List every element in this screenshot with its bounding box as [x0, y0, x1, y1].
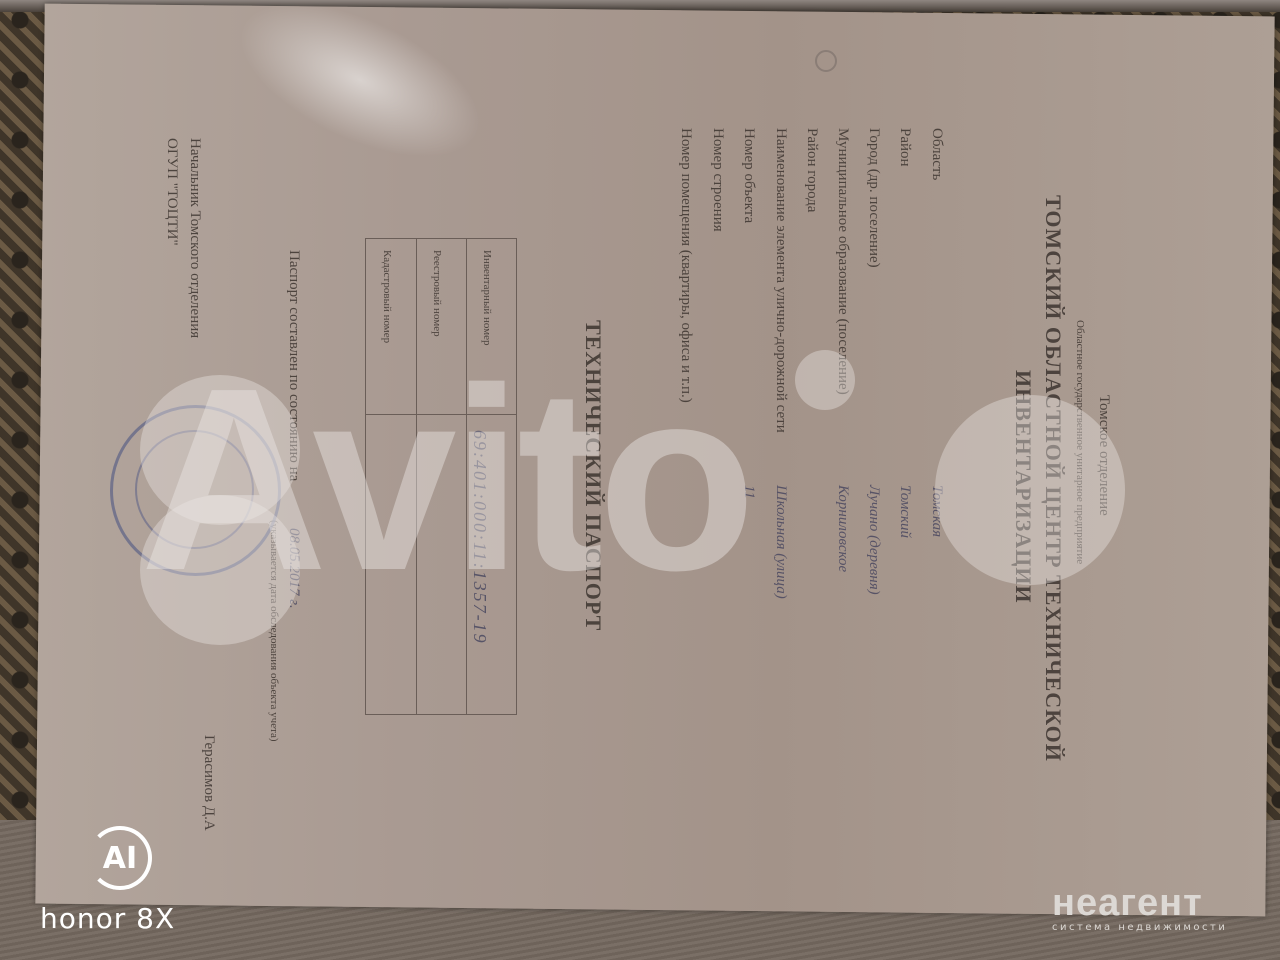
field-value-street: Школьная (улица)	[772, 485, 789, 599]
field-value-rayon: Томский	[896, 485, 913, 538]
table-label-inventory: Инвентарный номер	[481, 250, 493, 346]
field-label-object-number: Номер объекта	[740, 128, 757, 223]
punch-hole	[815, 50, 837, 72]
avito-watermark-shape	[935, 395, 1125, 585]
agency-tagline: система недвижимости	[1052, 922, 1227, 933]
field-label-street: Наименование элемента улично-дорожной се…	[772, 128, 789, 433]
avito-watermark-dot	[795, 350, 855, 410]
field-label-building-number: Номер строения	[709, 128, 726, 232]
signer-title-line1: Начальник Томского отделения	[186, 138, 203, 338]
avito-watermark: Avito	[140, 350, 750, 610]
camera-brand-watermark: honor 8X	[40, 902, 175, 935]
field-label-oblast: Область	[928, 128, 945, 180]
table-label-cadastral: Кадастровый номер	[381, 250, 393, 343]
field-value-gorod: Лучано (деревня)	[865, 485, 882, 595]
signer-title-line2: ОГУП "ТОЦТИ"	[163, 138, 180, 246]
field-value-municipal: Корниловское	[834, 485, 851, 572]
field-label-rayon-goroda: Район города	[803, 128, 820, 212]
field-label-gorod: Город (др. поселение)	[865, 128, 882, 268]
signer-name: Герасимов Д.А	[200, 735, 217, 831]
table-label-registry: Реестровый номер	[431, 250, 443, 337]
camera-ai-badge: AI	[88, 826, 152, 890]
agency-logo: неагент	[1052, 884, 1203, 922]
field-label-rayon: Район	[896, 128, 913, 167]
